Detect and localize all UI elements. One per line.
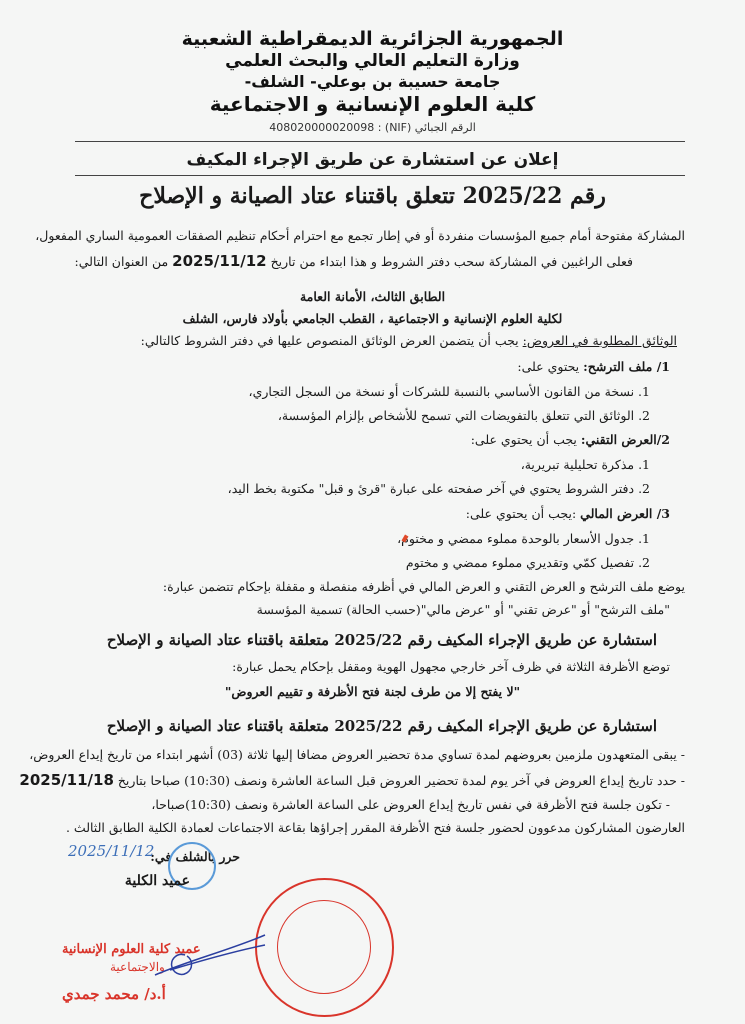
document-page: الجمهورية الجزائرية الديمقراطية الشعبية … — [0, 0, 745, 1024]
consultation-title-1: استشارة عن طريق الإجراء المكيف رقم 2025/… — [107, 631, 657, 649]
section-2-item-2: 2. دفتر الشروط يحتوي في آخر صفحته على عب… — [228, 481, 650, 496]
address-line-2: لكلية العلوم الإنسانية و الاجتماعية ، ال… — [0, 311, 745, 326]
documents-heading: الوثائق المطلوبة في العروض: يجب أن يتضمن… — [141, 333, 677, 348]
nif-number: الرقم الجبائي (NIF) : 408020000020098 — [0, 121, 745, 134]
deadline-date: 2025/11/18 — [19, 771, 113, 789]
seal-emblem — [277, 900, 371, 994]
section-1-title: 1/ ملف الترشح: يحتوي على: — [517, 359, 670, 374]
dean-name: أ.د/ محمد جمدي — [62, 985, 166, 1003]
envelopes-line-3: توضع الأظرفة الثلاثة في ظرف آخر خارجي مج… — [232, 659, 670, 674]
address-line-1: الطابق الثالث، الأمانة العامة — [0, 289, 745, 304]
header-ministry: وزارة التعليم العالي والبحث العلمي — [0, 51, 745, 71]
envelopes-line-1: يوضع ملف الترشح و العرض التقني و العرض ا… — [163, 579, 685, 594]
withdraw-date: 2025/11/12 — [172, 252, 266, 270]
announcement-title: إعلان عن استشارة عن طريق الإجراء المكيف — [0, 150, 745, 170]
intro-prefix: فعلى الراغبين في المشاركة سحب دفتر الشرو… — [271, 254, 633, 269]
section-2-item-1: 1. مذكرة تحليلية تبريرية، — [521, 457, 650, 472]
signature-role: عميد الكلية — [125, 873, 190, 889]
condition-deadline: - حدد تاريخ إيداع العروض في آخر يوم لمدة… — [19, 771, 685, 789]
section-1-item-2: 2. الوثائق التي تتعلق بالتفويضات التي تس… — [278, 408, 650, 423]
section-2-title: 2/العرض التقني: يجب أن يحتوي على: — [471, 432, 670, 447]
header-republic: الجمهورية الجزائرية الديمقراطية الشعبية — [0, 28, 745, 50]
section-3-item-2: 2. تفصيل كمّي وتقديري مملوء ممضي و مختوم — [406, 555, 650, 570]
announcement-reference: رقم 2025/22 تتعلق باقتناء عتاد الصيانة و… — [0, 183, 745, 209]
section-3-item-1: 1. جدول الأسعار بالوحدة مملوء ممضي و مخت… — [397, 531, 650, 546]
header-university: جامعة حسيبة بن بوعلي- الشلف- — [0, 72, 745, 91]
condition-validity: - يبقى المتعهدون ملزمين بعروضهم لمدة تسا… — [29, 747, 685, 762]
intro-suffix: من العنوان التالي: — [75, 254, 169, 269]
signature-scribble-icon — [150, 920, 270, 980]
header-faculty: كلية العلوم الإنسانية و الاجتماعية — [0, 92, 745, 116]
documents-heading-label: الوثائق المطلوبة في العروض: — [523, 333, 677, 348]
condition-opening: - تكون جلسة فتح الأظرفة في نفس تاريخ إيد… — [151, 797, 670, 812]
intro-line-2: فعلى الراغبين في المشاركة سحب دفتر الشرو… — [75, 252, 633, 270]
condition-invitation: العارضون المشاركون مدعوون لحضور جلسة فتح… — [66, 820, 685, 835]
outer-envelope-text: "لا يفتح إلا من طرف لجنة فتح الأظرفة و ت… — [0, 684, 745, 699]
consultation-title-2: استشارة عن طريق الإجراء المكيف رقم 2025/… — [107, 717, 657, 735]
university-seal — [255, 878, 394, 1017]
section-1-item-1: 1. نسخة من القانون الأساسي بالنسبة للشرك… — [249, 384, 650, 399]
divider-bottom — [75, 175, 685, 176]
section-3-title: 3/ العرض المالي :يجب أن يحتوي على: — [466, 506, 670, 521]
divider-top — [75, 141, 685, 142]
handwritten-date: 2025/11/12 — [68, 842, 154, 860]
intro-line-1: المشاركة مفتوحة أمام جميع المؤسسات منفرد… — [35, 228, 685, 243]
documents-heading-rest: يجب أن يتضمن العرض الوثائق المنصوص عليها… — [141, 333, 519, 348]
envelopes-line-2: "ملف الترشح" أو "عرض تقني" أو "عرض مالي"… — [257, 602, 670, 617]
